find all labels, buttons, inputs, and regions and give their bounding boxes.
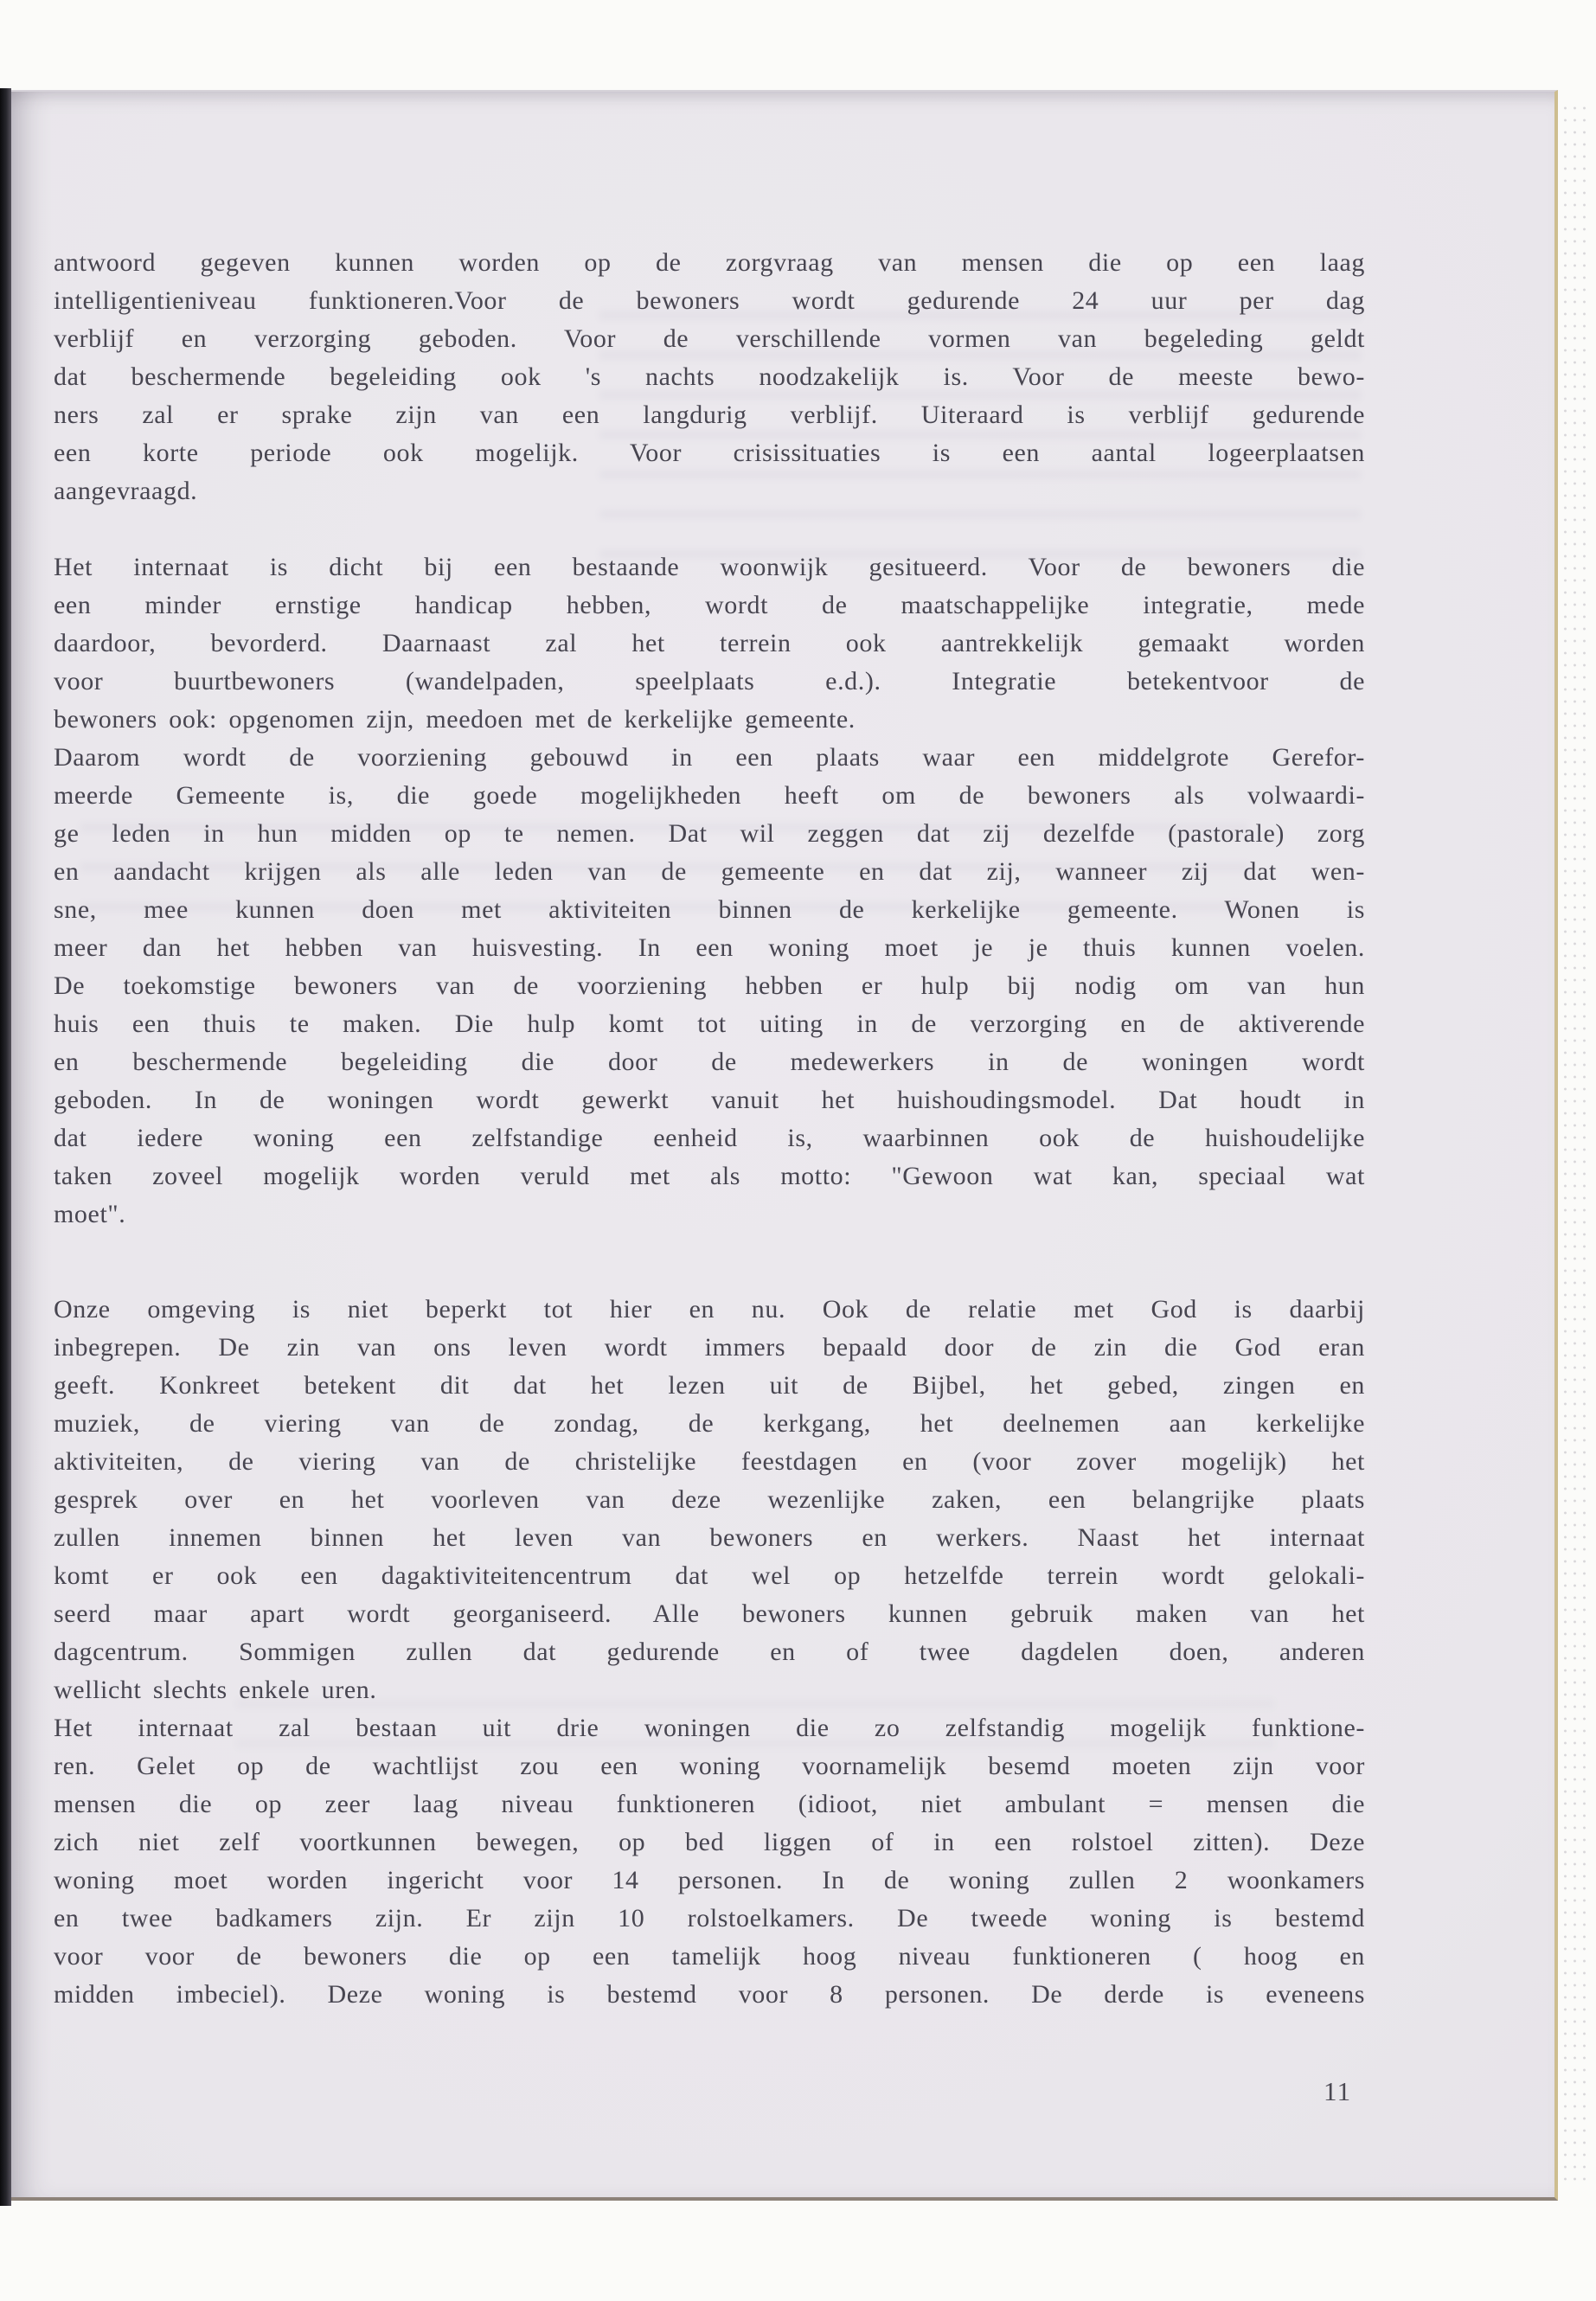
text-line: verblijf en verzorging geboden. Voor de … xyxy=(54,320,1365,358)
text-blocks: antwoord gegeven kunnen worden op de zor… xyxy=(54,244,1365,2014)
text-line: voor buurtbewoners (wandelpaden, speelpl… xyxy=(54,663,1365,701)
text-line: dagcentrum. Sommigen zullen dat gedurend… xyxy=(54,1633,1365,1671)
text-line: bewoners ook: opgenomen zijn, meedoen me… xyxy=(54,701,1365,739)
text-line: mensen die op zeer laag niveau funktione… xyxy=(54,1785,1365,1823)
paragraph-block: antwoord gegeven kunnen worden op de zor… xyxy=(54,244,1365,510)
text-line: komt er ook een dagaktiviteitencentrum d… xyxy=(54,1557,1365,1595)
text-line: Daarom wordt de voorziening gebouwd in e… xyxy=(54,739,1365,777)
text-line: daardoor, bevorderd. Daarnaast zal het t… xyxy=(54,625,1365,663)
text-line: aangevraagd. xyxy=(54,472,1365,510)
text-line: ren. Gelet op de wachtlijst zou een woni… xyxy=(54,1747,1365,1785)
text-line: wellicht slechts enkele uren. xyxy=(54,1671,1365,1709)
text-line: en twee badkamers zijn. Er zijn 10 rolst… xyxy=(54,1900,1365,1938)
text-line: Het internaat zal bestaan uit drie wonin… xyxy=(54,1709,1365,1747)
scanned-page: antwoord gegeven kunnen worden op de zor… xyxy=(11,90,1558,2201)
text-line: geeft. Konkreet betekent dit dat het lez… xyxy=(54,1367,1365,1405)
book-spine-edge xyxy=(0,88,11,2206)
text-line: gesprek over en het voorleven van deze w… xyxy=(54,1481,1365,1519)
paragraph-block: Onze omgeving is niet beperkt tot hier e… xyxy=(54,1291,1365,1709)
paragraph-block: Het internaat zal bestaan uit drie wonin… xyxy=(54,1709,1365,2014)
text-line: Het internaat is dicht bij een bestaande… xyxy=(54,548,1365,586)
page-edge-speckles xyxy=(1561,102,1586,2182)
text-line: ge leden in hun midden op te nemen. Dat … xyxy=(54,815,1365,853)
text-line: Onze omgeving is niet beperkt tot hier e… xyxy=(54,1291,1365,1329)
text-line: zich niet zelf voortkunnen bewegen, op b… xyxy=(54,1823,1365,1862)
text-line: dat iedere woning een zelfstandige eenhe… xyxy=(54,1119,1365,1157)
text-line: geboden. In de woningen wordt gewerkt va… xyxy=(54,1081,1365,1119)
text-line: inbegrepen. De zin van ons leven wordt i… xyxy=(54,1329,1365,1367)
text-line: seerd maar apart wordt georganiseerd. Al… xyxy=(54,1595,1365,1633)
text-line: een korte periode ook mogelijk. Voor cri… xyxy=(54,434,1365,472)
text-line: voor voor de bewoners die op een tamelij… xyxy=(54,1938,1365,1976)
text-line: zullen innemen binnen het leven van bewo… xyxy=(54,1519,1365,1557)
text-line: sne, mee kunnen doen met aktiviteiten bi… xyxy=(54,891,1365,929)
text-line: dat beschermende begeleiding ook 's nach… xyxy=(54,358,1365,396)
paragraph-block: Daarom wordt de voorziening gebouwd in e… xyxy=(54,739,1365,1234)
text-line: aktiviteiten, de viering van de christel… xyxy=(54,1443,1365,1481)
text-line: taken zoveel mogelijk worden veruld met … xyxy=(54,1157,1365,1195)
text-line: en aandacht krijgen als alle leden van d… xyxy=(54,853,1365,891)
text-line: en beschermende begeleiding die door de … xyxy=(54,1043,1365,1081)
text-line: huis een thuis te maken. Die hulp komt t… xyxy=(54,1005,1365,1043)
paragraph-block: Het internaat is dicht bij een bestaande… xyxy=(54,548,1365,739)
text-line: intelligentieniveau funktioneren.Voor de… xyxy=(54,282,1365,320)
text-line: meerde Gemeente is, die goede mogelijkhe… xyxy=(54,777,1365,815)
text-line: muziek, de viering van de zondag, de ker… xyxy=(54,1405,1365,1443)
scan-canvas: antwoord gegeven kunnen worden op de zor… xyxy=(0,0,1596,2301)
text-line: moet". xyxy=(54,1195,1365,1234)
text-line: ners zal er sprake zijn van een langduri… xyxy=(54,396,1365,434)
text-line: De toekomstige bewoners van de voorzieni… xyxy=(54,967,1365,1005)
text-line: een minder ernstige handicap hebben, wor… xyxy=(54,586,1365,625)
text-line: meer dan het hebben van huisvesting. In … xyxy=(54,929,1365,967)
text-line: woning moet worden ingericht voor 14 per… xyxy=(54,1862,1365,1900)
page-number: 11 xyxy=(1324,2076,1351,2107)
text-line: midden imbeciel). Deze woning is bestemd… xyxy=(54,1976,1365,2014)
text-line: antwoord gegeven kunnen worden op de zor… xyxy=(54,244,1365,282)
